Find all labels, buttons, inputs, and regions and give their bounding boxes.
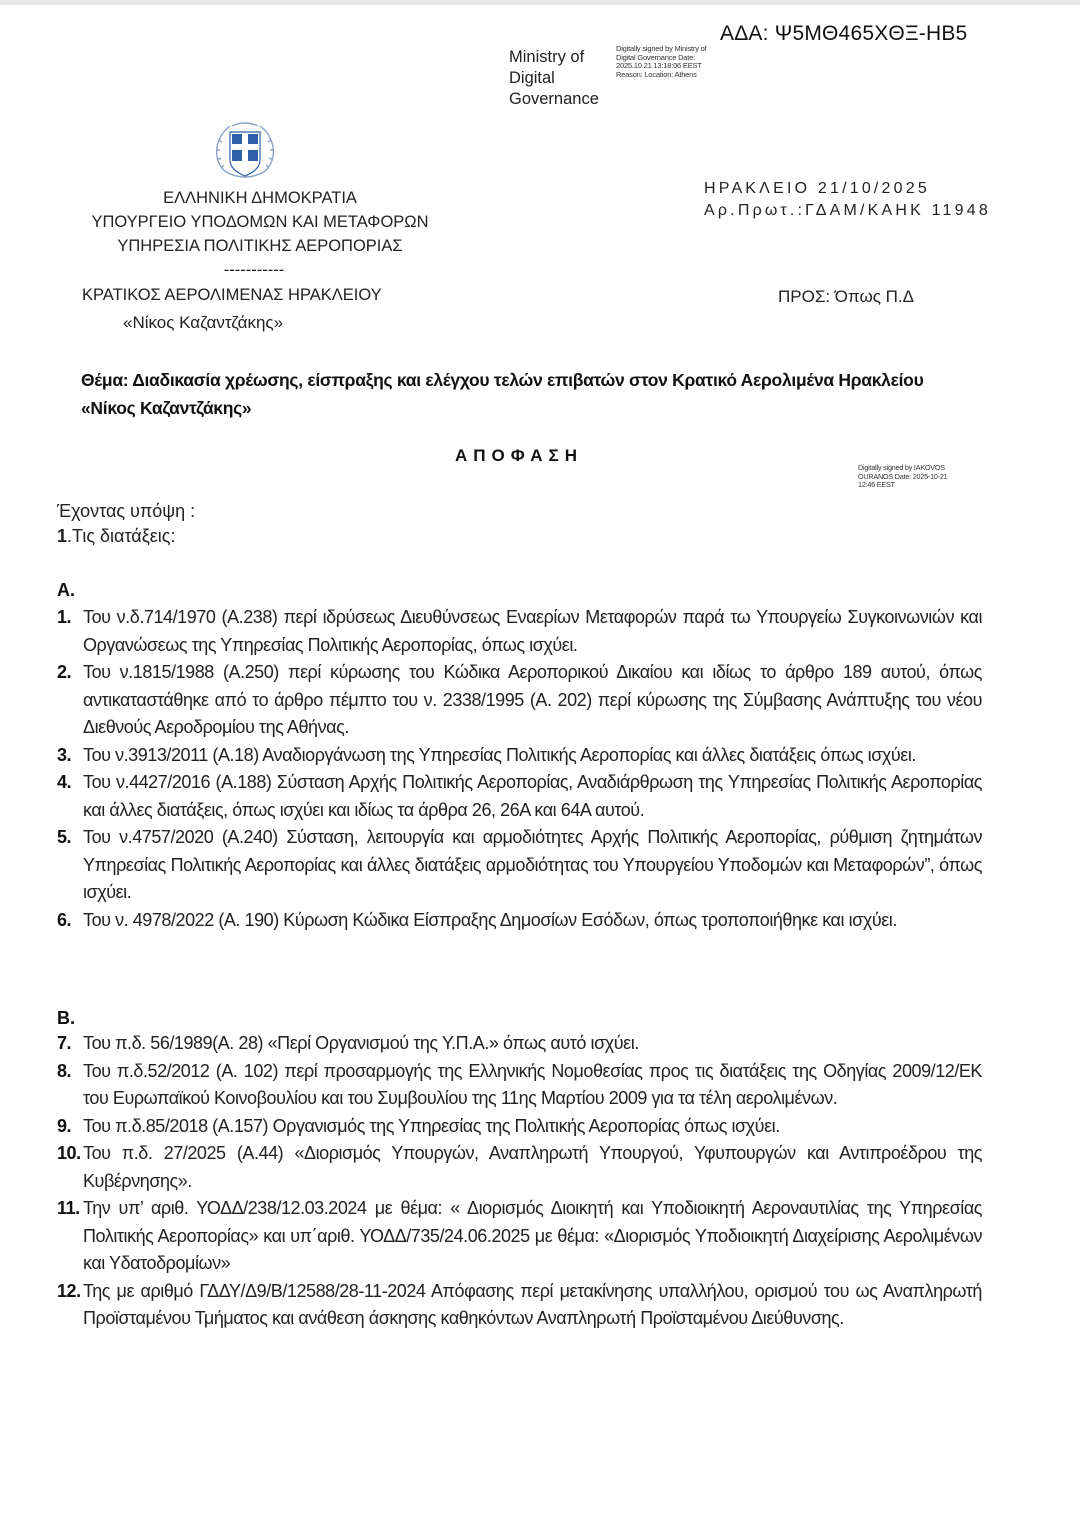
section-a-list: 1.Του ν.δ.714/1970 (Α.238) περί ιδρύσεως… [57,604,982,934]
list-item: 4.Του ν.4427/2016 (Α.188) Σύσταση Αρχής … [57,769,982,824]
issuer-country: ΕΛΛΗΝΙΚΗ ΔΗΜΟΚΡΑΤΙΑ [60,186,460,210]
signature-signer-label: Ministry of Digital Governance [509,47,609,110]
item-text: Του π.δ. 27/2025 (Α.44) «Διορισμός Υπουρ… [83,1140,982,1195]
provisions-text: .Τις διατάξεις: [67,526,175,546]
item-number: 8. [57,1058,83,1113]
issuer-separator: ----------- [48,258,460,282]
list-item: 3.Του ν.3913/2011 (Α.18) Αναδιοργάνωση τ… [57,742,982,770]
item-number: 3. [57,742,83,770]
item-number: 9. [57,1113,83,1141]
digital-signature-details: Digitally signed by Ministry of Digital … [616,45,711,80]
issuer-airport-name: «Νίκος Καζαντζάκης» [123,313,283,333]
item-number: 4. [57,769,83,824]
issuer-airport: ΚΡΑΤΙΚΟΣ ΑΕΡΟΛΙΜΕΝΑΣ ΗΡΑΚΛΕΙΟΥ [82,286,382,305]
list-item: 12. Της με αριθμό ΓΔΔΥ/Δ9/Β/12588/28-11-… [57,1278,982,1333]
list-item: 9. Του π.δ.85/2018 (Α.157) Οργανισμός τη… [57,1113,982,1141]
recipient: ΠΡΟΣ: Όπως Π.Δ [778,287,914,307]
item-text: Του ν.4427/2016 (Α.188) Σύσταση Αρχής Πο… [83,769,982,824]
greek-coat-of-arms-icon [212,120,278,184]
item-text: Του π.δ.85/2018 (Α.157) Οργανισμός της Υ… [83,1113,982,1141]
item-text: Της με αριθμό ΓΔΔΥ/Δ9/Β/12588/28-11-2024… [83,1278,982,1333]
item-number: 2. [57,659,83,742]
provisions-number: 1 [57,526,67,546]
list-item: 8.Του π.δ.52/2012 (Α. 102) περί προσαρμο… [57,1058,982,1113]
top-bar [0,0,1080,5]
item-text: Την υπ’ αριθ. ΥΟΔΔ/238/12.03.2024 με θέμ… [83,1195,982,1278]
section-a-label: Α. [57,580,75,601]
item-text: Του ν. 4978/2022 (Α. 190) Κύρωση Κώδικα … [83,907,982,935]
item-number: 10. [57,1140,83,1195]
section-b-label: Β. [57,1008,75,1029]
item-text: Του ν.δ.714/1970 (Α.238) περί ιδρύσεως Δ… [83,604,982,659]
decision-title: ΑΠΟΦΑΣΗ [455,446,583,466]
issuer-service: ΥΠΗΡΕΣΙΑ ΠΟΛΙΤΙΚΗΣ ΑΕΡΟΠΟΡΙΑΣ [60,234,460,258]
list-item: 1.Του ν.δ.714/1970 (Α.238) περί ιδρύσεως… [57,604,982,659]
issuer-block: ΕΛΛΗΝΙΚΗ ΔΗΜΟΚΡΑΤΙΑ ΥΠΟΥΡΓΕΙΟ ΥΠΟΔΟΜΩΝ Κ… [60,186,460,282]
subject: Θέμα: Διαδικασία χρέωσης, είσπραξης και … [81,366,971,422]
item-text: Του ν.4757/2020 (Α.240) Σύσταση, λειτουρ… [83,824,982,907]
digital-signature-signer: Digitally signed by IAKOVOS OURANOS Date… [858,464,958,490]
item-number: 11. [57,1195,83,1278]
list-item: 7.Του π.δ. 56/1989(Α. 28) «Περί Οργανισμ… [57,1030,982,1058]
item-text: Του ν.3913/2011 (Α.18) Αναδιοργάνωση της… [83,742,982,770]
ada-code: ΑΔΑ: Ψ5ΜΘ465ΧΘΞ-ΗΒ5 [720,22,967,46]
item-number: 1. [57,604,83,659]
issuer-ministry: ΥΠΟΥΡΓΕΙΟ ΥΠΟΔΟΜΩΝ ΚΑΙ ΜΕΤΑΦΟΡΩΝ [60,210,460,234]
considering-label: Έχοντας υπόψη : [57,501,195,522]
list-item: 5.Του ν.4757/2020 (Α.240) Σύσταση, λειτο… [57,824,982,907]
list-item: 6.Του ν. 4978/2022 (Α. 190) Κύρωση Κώδικ… [57,907,982,935]
section-b-list: 7.Του π.δ. 56/1989(Α. 28) «Περί Οργανισμ… [57,1030,982,1333]
item-number: 5. [57,824,83,907]
protocol-number: Αρ.Πρωτ.:ΓΔΑΜ/ΚΑΗΚ 11948 [704,202,991,220]
provisions-label: 1.Τις διατάξεις: [57,526,175,547]
item-text: Του π.δ. 56/1989(Α. 28) «Περί Οργανισμού… [83,1030,982,1058]
item-number: 7. [57,1030,83,1058]
list-item: 10.Του π.δ. 27/2025 (Α.44) «Διορισμός Υπ… [57,1140,982,1195]
list-item: 11. Την υπ’ αριθ. ΥΟΔΔ/238/12.03.2024 με… [57,1195,982,1278]
place-date: ΗΡΑΚΛΕΙΟ 21/10/2025 [704,180,930,198]
item-text: Του ν.1815/1988 (Α.250) περί κύρωσης του… [83,659,982,742]
list-item: 2.Του ν.1815/1988 (Α.250) περί κύρωσης τ… [57,659,982,742]
item-number: 6. [57,907,83,935]
item-text: Του π.δ.52/2012 (Α. 102) περί προσαρμογή… [83,1058,982,1113]
item-number: 12. [57,1278,83,1333]
